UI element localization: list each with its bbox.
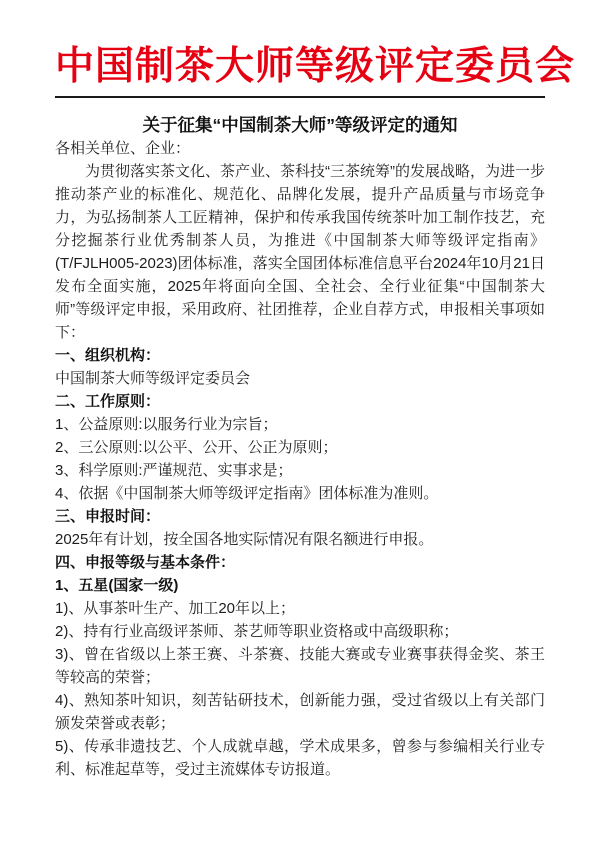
section-4-heading: 四、申报等级与基本条件：	[55, 551, 545, 574]
section-2-item-3: 3、科学原则:严谨规范、实事求是；	[55, 459, 545, 482]
section-4-item-5: 5)、传承非遗技艺、个人成就卓越，学术成果多，曾参与参编相关行业专利、标准起草等…	[55, 735, 545, 781]
section-2-item-1: 1、公益原则:以服务行业为宗旨；	[55, 413, 545, 436]
section-4-subheading-five-star: 1、五星(国家一级)	[55, 574, 545, 597]
section-2-item-2: 2、三公原则:以公平、公开、公正为原则；	[55, 436, 545, 459]
intro-paragraph: 为贯彻落实茶文化、茶产业、茶科技“三茶统筹”的发展战略，为进一步推动茶产业的标准…	[55, 160, 545, 344]
section-3-item-1: 2025年有计划，按全国各地实际情况有限名额进行申报。	[55, 528, 545, 551]
title-divider	[55, 96, 545, 98]
section-4-item-1: 1)、从事茶叶生产、加工20年以上；	[55, 597, 545, 620]
section-1-item-1: 中国制茶大师等级评定委员会	[55, 367, 545, 390]
committee-title: 中国制茶大师等级评定委员会	[55, 45, 545, 90]
salutation: 各相关单位、企业：	[55, 137, 545, 160]
section-4-item-2: 2)、持有行业高级评茶师、茶艺师等职业资格或中高级职称；	[55, 620, 545, 643]
notice-subtitle: 关于征集“中国制茶大师”等级评定的通知	[55, 112, 545, 137]
section-2-item-4: 4、依据《中国制茶大师等级评定指南》团体标准为准则。	[55, 482, 545, 505]
section-4-item-3: 3)、曾在省级以上茶王赛、斗茶赛、技能大赛或专业赛事获得金奖、茶王等较高的荣誉；	[55, 643, 545, 689]
notice-document: 中国制茶大师等级评定委员会 关于征集“中国制茶大师”等级评定的通知 各相关单位、…	[0, 0, 600, 848]
section-1-heading: 一、组织机构：	[55, 344, 545, 367]
section-3-heading: 三、申报时间：	[55, 505, 545, 528]
section-2-heading: 二、工作原则：	[55, 390, 545, 413]
section-4-item-4: 4)、熟知茶叶知识，刻苦钻研技术，创新能力强，受过省级以上有关部门颁发荣誉或表彰…	[55, 689, 545, 735]
